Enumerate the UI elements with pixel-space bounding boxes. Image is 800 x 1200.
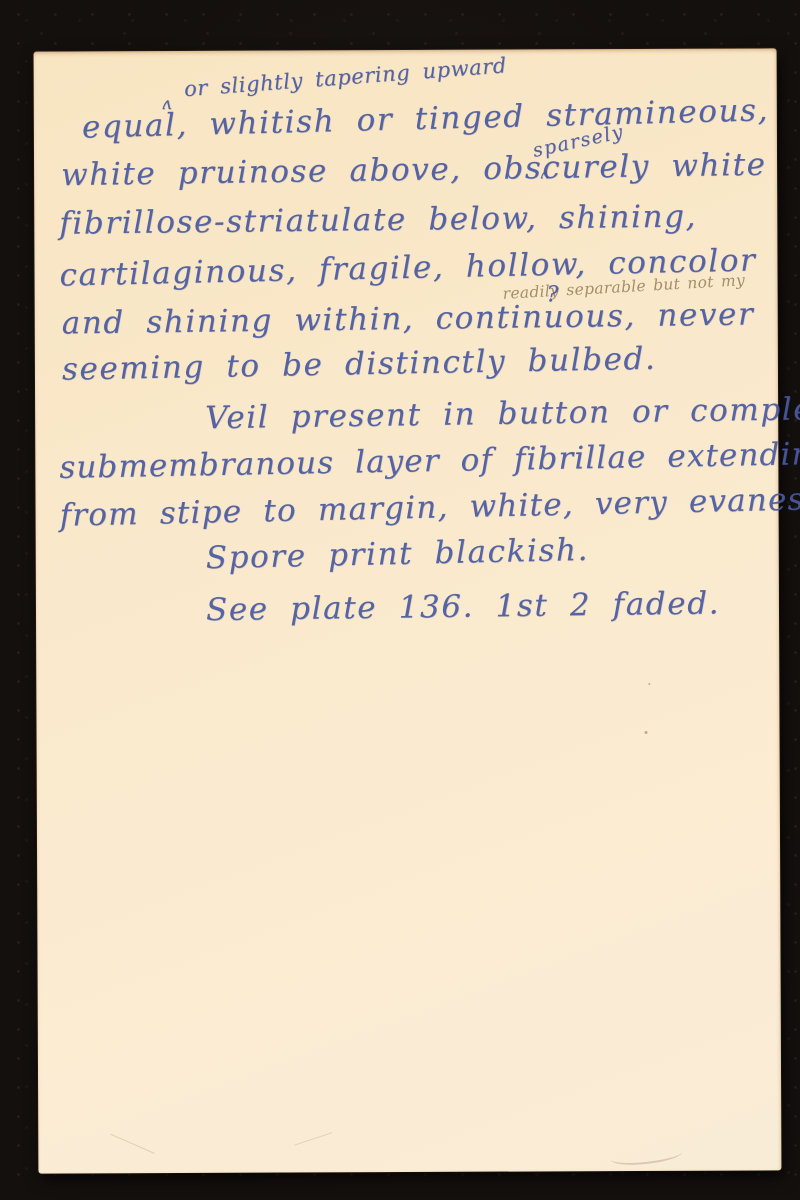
handwritten-line: Spore print blackish. [205, 533, 589, 575]
photo-backdrop: or slightly tapering upward ʌ equal, whi… [0, 0, 800, 1200]
pencil-smudge [610, 1143, 683, 1168]
handwritten-line: Veil present in button or complete, [205, 392, 800, 436]
handwritten-line: white pruinose above, obscurely white [61, 148, 767, 193]
paper-crease [294, 1132, 332, 1145]
handwritten-line: fibrillose-striatulate below, shining, [59, 200, 697, 241]
handwritten-line: from stipe to margin, white, very evanes… [59, 481, 800, 533]
dust-speck [645, 731, 648, 734]
handwritten-line: See plate 136. 1st 2 faded. [206, 586, 721, 627]
question-mark-annotation: ? [547, 283, 561, 307]
dust-speck [648, 683, 650, 685]
handwritten-insertion-tapering: or slightly tapering upward [183, 54, 507, 101]
paper-crease [110, 1134, 154, 1154]
handwritten-line: submembranous layer of fibrillae extendi… [59, 437, 800, 485]
handwritten-line: seeming to be distinctly bulbed. [62, 342, 657, 387]
handwritten-line: and shining within, continuous, never [62, 297, 755, 340]
caret-mark: ʌ [540, 165, 550, 182]
note-card: or slightly tapering upward ʌ equal, whi… [34, 48, 782, 1173]
